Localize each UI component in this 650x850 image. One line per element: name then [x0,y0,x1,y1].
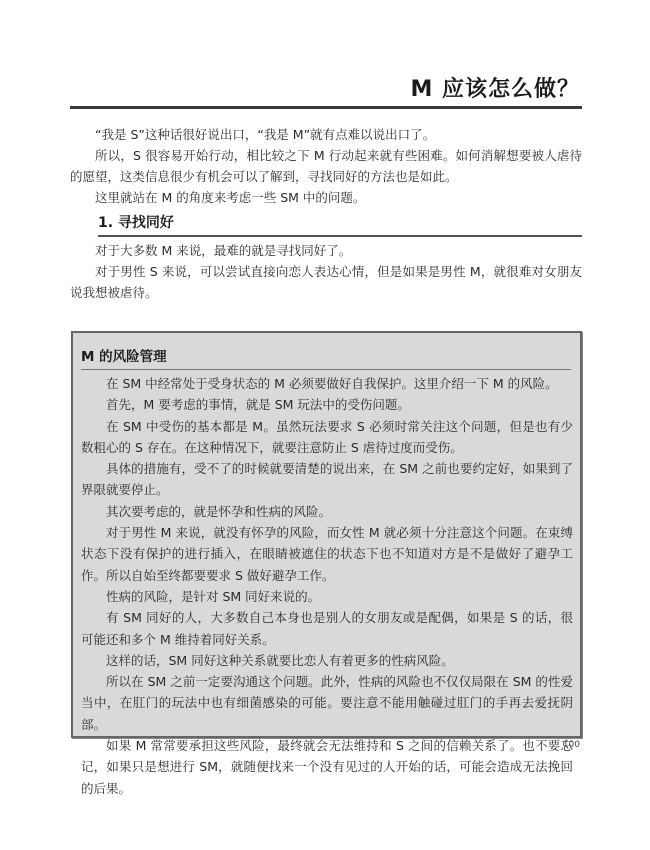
paragraph: 所以，S 很容易开始行动，相比较之下 M 行动起来就有些困难。如何消解想要被人虐… [70,145,582,187]
paragraph: 在 SM 中受伤的基本都是 M。虽然玩法要求 S 必须时常关注这个问题，但是也有… [81,416,573,459]
section-heading: 1. 寻找同好 [98,212,582,237]
paragraph: 其次要考虑的，就是怀孕和性病的风险。 [81,501,573,522]
paragraph: 对于男性 S 来说，可以尝试直接向恋人表达心情，但是如果是男性 M，就很难对女朋… [70,261,582,303]
box-body: 在 SM 中经常处于受身状态的 M 必须要做好自我保护。这里介绍一下 M 的风险… [81,373,573,799]
paragraph: 有 SM 同好的人，大多数自己本身也是别人的女朋友或是配偶，如果是 S 的话，很… [81,607,573,650]
intro-text: “我是 S”这种话很好说出口，“我是 M”就有点难以说出口了。 所以，S 很容易… [70,124,582,208]
paragraph: 对于大多数 M 来说，最难的就是寻找同好了。 [70,240,582,261]
paragraph: 如果 M 常常要承担这些风险，最终就会无法维持和 S 之间的信赖关系了。也不要忘… [81,735,573,799]
paragraph: 对于男性 M 来说，就没有怀孕的风险，而女性 M 就必须十分注意这个问题。在束缚… [81,522,573,586]
box-title: M 的风险管理 [81,345,571,370]
section-body: 对于大多数 M 来说，最难的就是寻找同好了。 对于男性 S 来说，可以尝试直接向… [70,240,582,303]
paragraph: 首先，M 要考虑的事情，就是 SM 玩法中的受伤问题。 [81,394,573,415]
paragraph: 性病的风险，是针对 SM 同好来说的。 [81,586,573,607]
risk-management-sidebar-box: M 的风险管理 在 SM 中经常处于受身状态的 M 必须要做好自我保护。这里介绍… [71,331,582,738]
paragraph: 所以在 SM 之前一定要沟通这个问题。此外，性病的风险也不仅仅局限在 SM 的性… [81,671,573,735]
paragraph: 这里就站在 M 的角度来考虑一些 SM 中的问题。 [70,187,582,208]
title-divider [70,106,582,109]
paragraph: 这样的话，SM 同好这种关系就要比恋人有着更多的性病风险。 [81,650,573,671]
page-title: M 应该怎么做？ [410,72,580,103]
paragraph: 在 SM 中经常处于受身状态的 M 必须要做好自我保护。这里介绍一下 M 的风险… [81,373,573,394]
page-number: 100 [563,740,580,750]
paragraph: 具体的措施有，受不了的时候就要清楚的说出来，在 SM 之前也要约定好，如果到了界… [81,458,573,501]
paragraph: “我是 S”这种话很好说出口，“我是 M”就有点难以说出口了。 [70,124,582,145]
